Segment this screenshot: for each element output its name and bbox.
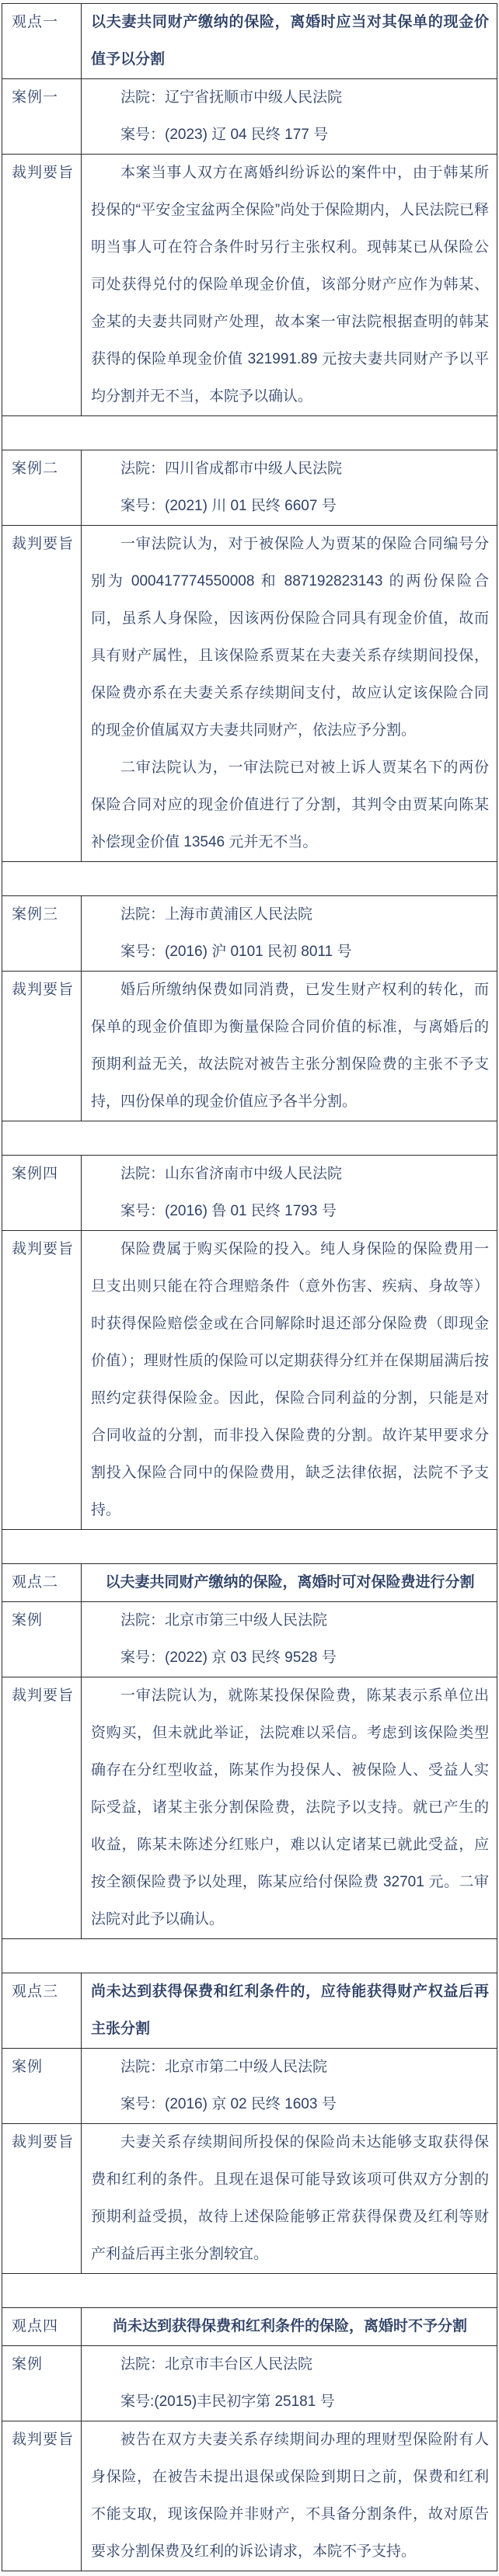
viewpoint-title: 尚未达到获得保费和红利条件的保险，离婚时不予分割	[82, 2308, 497, 2346]
case-row: 案例四 法院：山东省济南市中级人民法院 案号：(2016) 鲁 01 民终 17…	[2, 1156, 497, 1231]
case-info: 法院：四川省成都市中级人民法院 案号：(2021) 川 01 民终 6607 号	[82, 450, 497, 526]
case-row: 案例二 法院：四川省成都市中级人民法院 案号：(2021) 川 01 民终 66…	[2, 450, 497, 526]
spacer-row	[2, 1121, 497, 1156]
viewpoint-row: 观点二 以夫妻共同财产缴纳的保险，离婚时可对保险费进行分割	[2, 1564, 497, 1602]
gist-label: 裁判要旨	[2, 972, 82, 1121]
gist-label: 裁判要旨	[2, 1231, 82, 1530]
case-row: 案例一 法院：辽宁省抚顺市中级人民法院 案号：(2023) 辽 04 民终 17…	[2, 79, 497, 155]
gist-paragraph: 婚后所缴纳保费如同消费，已发生财产权利的转化，而保单的现金价值即为衡量保险合同价…	[91, 972, 489, 1121]
gist-label: 裁判要旨	[2, 155, 82, 416]
gist-paragraph: 二审法院认为，一审法院已对被上诉人贾某名下的两份保险合同对应的现金价值进行了分割…	[91, 749, 489, 861]
gist-row: 裁判要旨 本案当事人双方在离婚纠纷诉讼的案件中，由于韩某所投保的“平安金宝盆两全…	[2, 155, 497, 416]
viewpoint-title: 尚未达到获得保费和红利条件的，应待能获得财产权益后再主张分割	[82, 1973, 497, 2049]
document-page: 观点一 以夫妻共同财产缴纳的保险，离婚时应当对其保单的现金价值予以分割 案例一 …	[0, 0, 499, 2576]
gist-paragraph: 被告在双方夫妻关系存续期间办理的理财型保险附有人身保险，在被告未提出退保或保险到…	[91, 2421, 489, 2571]
spacer-cell	[2, 1939, 497, 1973]
court-line: 法院：四川省成都市中级人民法院	[91, 450, 489, 488]
gist-row: 裁判要旨 一审法院认为，就陈某投保保险费，陈某表示系单位出资购买，但未就此举证，…	[2, 1677, 497, 1939]
gist-row: 裁判要旨 一审法院认为，对于被保险人为贾某的保险合同编号分别为 00041777…	[2, 526, 497, 862]
spacer-cell	[2, 416, 497, 450]
case-number-line: 案号：(2016) 沪 0101 民初 8011 号	[91, 933, 489, 971]
case-info: 法院：北京市第三中级人民法院 案号：(2022) 京 03 民终 9528 号	[82, 1602, 497, 1677]
viewpoint-label: 观点二	[2, 1564, 82, 1602]
gist-label: 裁判要旨	[2, 2124, 82, 2274]
gist-label: 裁判要旨	[2, 2421, 82, 2571]
case-label: 案例一	[2, 79, 82, 155]
court-line: 法院：北京市丰台区人民法院	[91, 2346, 489, 2383]
spacer-row	[2, 862, 497, 896]
spacer-row	[2, 1530, 497, 1564]
gist-paragraph: 保险费属于购买保险的投入。纯人身保险的保险费用一旦支出则只能在符合理赔条件（意外…	[91, 1231, 489, 1529]
gist-paragraph: 夫妻关系存续期间所投保的保险尚未达能够支取获得保费和红利的条件。且现在退保可能导…	[91, 2124, 489, 2273]
court-line: 法院：辽宁省抚顺市中级人民法院	[91, 79, 489, 116]
case-table: 观点一 以夫妻共同财产缴纳的保险，离婚时应当对其保单的现金价值予以分割 案例一 …	[2, 3, 497, 2571]
spacer-row	[2, 1939, 497, 1973]
spacer-cell	[2, 862, 497, 896]
viewpoint-label: 观点一	[2, 4, 82, 79]
case-label: 案例二	[2, 450, 82, 526]
gist-text: 保险费属于购买保险的投入。纯人身保险的保险费用一旦支出则只能在符合理赔条件（意外…	[82, 1231, 497, 1530]
court-line: 法院：北京市第三中级人民法院	[91, 1602, 489, 1639]
spacer-cell	[2, 1121, 497, 1156]
case-label: 案例	[2, 1602, 82, 1677]
case-number-line: 案号：(2021) 川 01 民终 6607 号	[91, 488, 489, 525]
gist-label: 裁判要旨	[2, 526, 82, 862]
gist-row: 裁判要旨 被告在双方夫妻关系存续期间办理的理财型保险附有人身保险，在被告未提出退…	[2, 2421, 497, 2571]
gist-label: 裁判要旨	[2, 1677, 82, 1939]
case-row: 案例三 法院：上海市黄浦区人民法院 案号：(2016) 沪 0101 民初 80…	[2, 896, 497, 972]
court-line: 法院：北京市第二中级人民法院	[91, 2049, 489, 2086]
gist-paragraph: 一审法院认为，就陈某投保保险费，陈某表示系单位出资购买，但未就此举证，法院难以采…	[91, 1677, 489, 1938]
gist-text: 被告在双方夫妻关系存续期间办理的理财型保险附有人身保险，在被告未提出退保或保险到…	[82, 2421, 497, 2571]
viewpoint-row: 观点三 尚未达到获得保费和红利条件的，应待能获得财产权益后再主张分割	[2, 1973, 497, 2049]
gist-row: 裁判要旨 保险费属于购买保险的投入。纯人身保险的保险费用一旦支出则只能在符合理赔…	[2, 1231, 497, 1530]
case-number-line: 案号：(2016) 京 02 民终 1603 号	[91, 2086, 489, 2123]
case-label: 案例	[2, 2346, 82, 2421]
case-number-line: 案号：(2023) 辽 04 民终 177 号	[91, 116, 489, 154]
viewpoint-row: 观点一 以夫妻共同财产缴纳的保险，离婚时应当对其保单的现金价值予以分割	[2, 4, 497, 79]
case-info: 法院：上海市黄浦区人民法院 案号：(2016) 沪 0101 民初 8011 号	[82, 896, 497, 972]
case-number-line: 案号：(2022) 京 03 民终 9528 号	[91, 1639, 489, 1677]
court-line: 法院：山东省济南市中级人民法院	[91, 1156, 489, 1193]
case-number-line: 案号:(2015)丰民初字第 25181 号	[91, 2383, 489, 2421]
court-line: 法院：上海市黄浦区人民法院	[91, 896, 489, 933]
spacer-cell	[2, 1530, 497, 1564]
viewpoint-title: 以夫妻共同财产缴纳的保险，离婚时应当对其保单的现金价值予以分割	[82, 4, 497, 79]
spacer-row	[2, 2274, 497, 2308]
gist-paragraph: 本案当事人双方在离婚纠纷诉讼的案件中，由于韩某所投保的“平安金宝盆两全保险”尚处…	[91, 155, 489, 415]
viewpoint-title: 以夫妻共同财产缴纳的保险，离婚时可对保险费进行分割	[82, 1564, 497, 1602]
case-row: 案例 法院：北京市丰台区人民法院 案号:(2015)丰民初字第 25181 号	[2, 2346, 497, 2421]
gist-text: 婚后所缴纳保费如同消费，已发生财产权利的转化，而保单的现金价值即为衡量保险合同价…	[82, 972, 497, 1121]
viewpoint-row: 观点四 尚未达到获得保费和红利条件的保险，离婚时不予分割	[2, 2308, 497, 2346]
gist-text: 本案当事人双方在离婚纠纷诉讼的案件中，由于韩某所投保的“平安金宝盆两全保险”尚处…	[82, 155, 497, 416]
case-label: 案例四	[2, 1156, 82, 1231]
case-number-line: 案号：(2016) 鲁 01 民终 1793 号	[91, 1193, 489, 1230]
case-info: 法院：山东省济南市中级人民法院 案号：(2016) 鲁 01 民终 1793 号	[82, 1156, 497, 1231]
case-info: 法院：北京市第二中级人民法院 案号：(2016) 京 02 民终 1603 号	[82, 2049, 497, 2124]
case-label: 案例三	[2, 896, 82, 972]
spacer-cell	[2, 2274, 497, 2308]
case-label: 案例	[2, 2049, 82, 2124]
spacer-row	[2, 416, 497, 450]
gist-text: 夫妻关系存续期间所投保的保险尚未达能够支取获得保费和红利的条件。且现在退保可能导…	[82, 2124, 497, 2274]
case-info: 法院：北京市丰台区人民法院 案号:(2015)丰民初字第 25181 号	[82, 2346, 497, 2421]
case-info: 法院：辽宁省抚顺市中级人民法院 案号：(2023) 辽 04 民终 177 号	[82, 79, 497, 155]
viewpoint-label: 观点三	[2, 1973, 82, 2049]
gist-row: 裁判要旨 婚后所缴纳保费如同消费，已发生财产权利的转化，而保单的现金价值即为衡量…	[2, 972, 497, 1121]
gist-paragraph: 一审法院认为，对于被保险人为贾某的保险合同编号分别为 0004177745500…	[91, 526, 489, 749]
gist-row: 裁判要旨 夫妻关系存续期间所投保的保险尚未达能够支取获得保费和红利的条件。且现在…	[2, 2124, 497, 2274]
gist-text: 一审法院认为，就陈某投保保险费，陈某表示系单位出资购买，但未就此举证，法院难以采…	[82, 1677, 497, 1939]
case-row: 案例 法院：北京市第三中级人民法院 案号：(2022) 京 03 民终 9528…	[2, 1602, 497, 1677]
viewpoint-label: 观点四	[2, 2308, 82, 2346]
case-row: 案例 法院：北京市第二中级人民法院 案号：(2016) 京 02 民终 1603…	[2, 2049, 497, 2124]
gist-text: 一审法院认为，对于被保险人为贾某的保险合同编号分别为 0004177745500…	[82, 526, 497, 862]
